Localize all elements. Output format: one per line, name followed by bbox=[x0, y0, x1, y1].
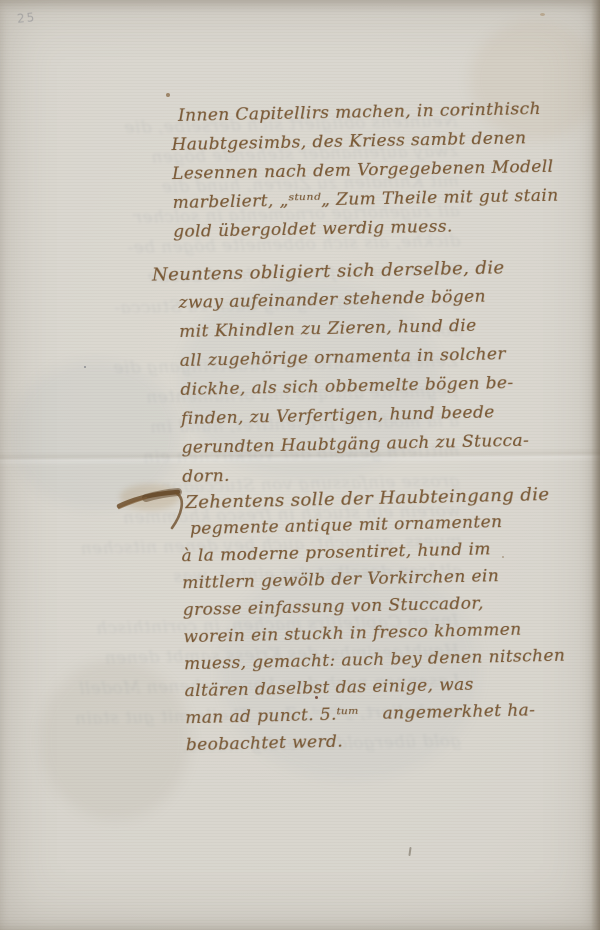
paragraph-1: Innen Capitellirs machen, in corinthisch… bbox=[171, 94, 598, 247]
ink-speck bbox=[166, 93, 170, 97]
folio-number: 25 bbox=[16, 10, 36, 26]
ink-speck bbox=[84, 366, 86, 368]
paragraph-3: Zehentens solle der Haubteingang die peg… bbox=[147, 480, 599, 760]
paragraph-2: Neuntens obligiert sich derselbe, die zw… bbox=[152, 251, 593, 492]
manuscript-page: Neuntens obligiert sich derselbe, die zw… bbox=[0, 0, 600, 930]
ink-speck bbox=[408, 847, 411, 856]
ink-speck bbox=[540, 13, 545, 16]
